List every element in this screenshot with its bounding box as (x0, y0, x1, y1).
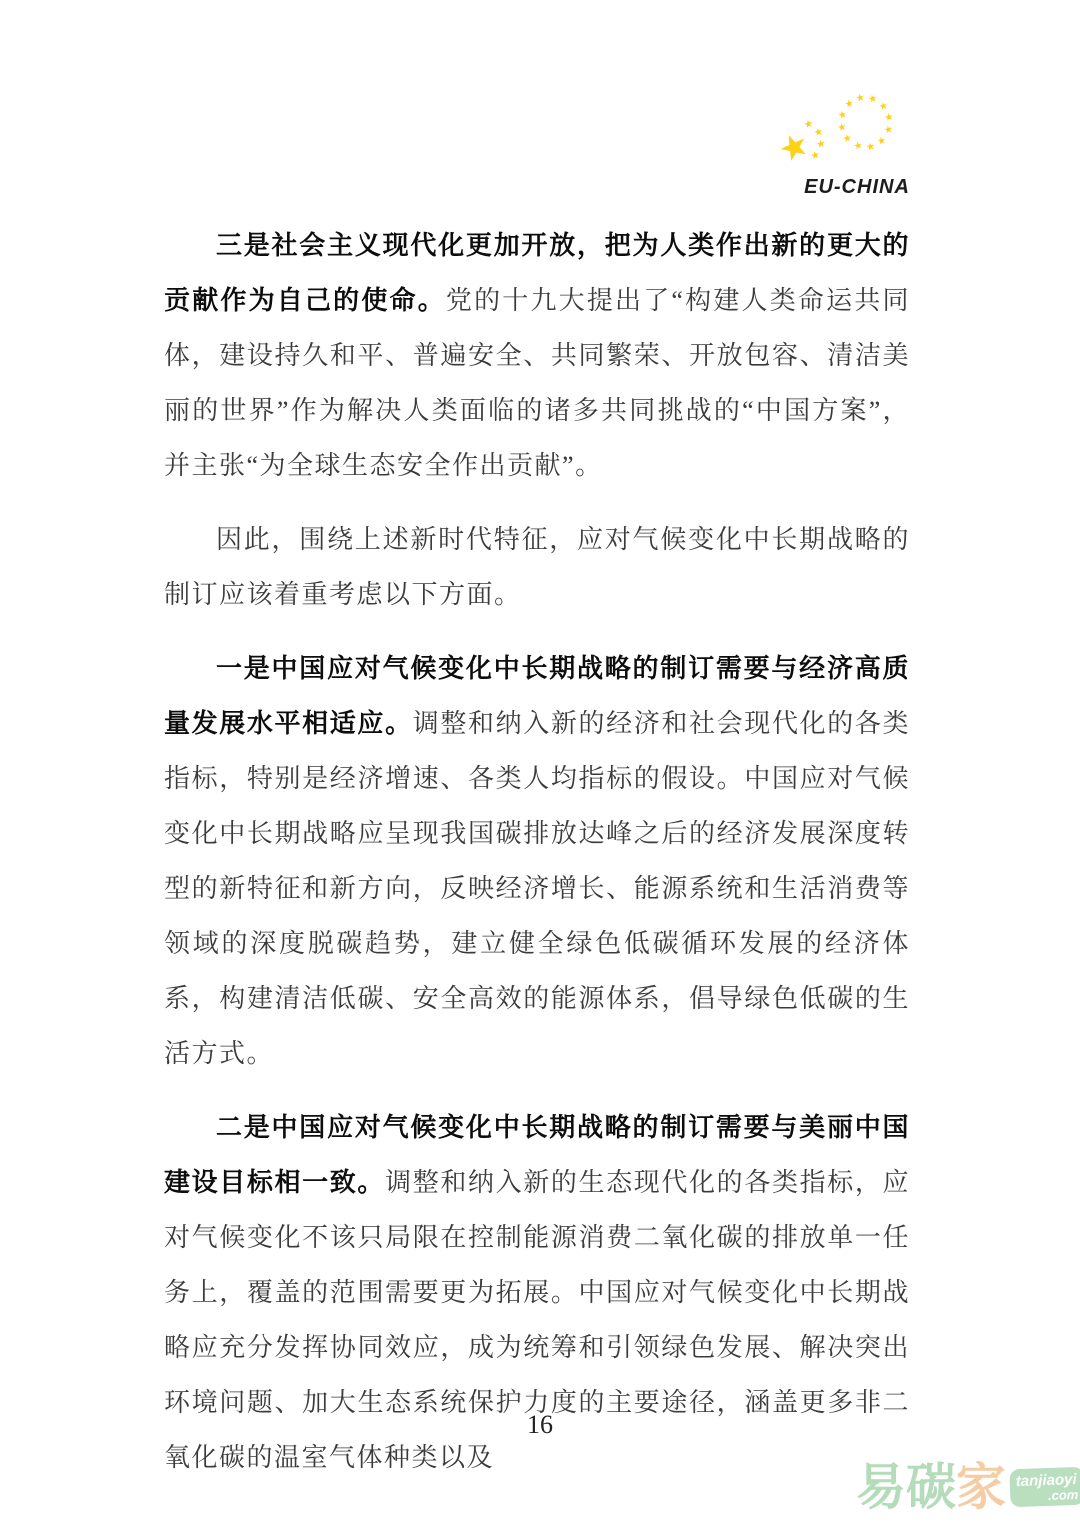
document-body: 三是社会主义现代化更加开放，把为人类作出新的更大的贡献作为自己的使命。党的十九大… (164, 218, 910, 1504)
document-page: EU-CHINA 三是社会主义现代化更加开放，把为人类作出新的更大的贡献作为自己… (0, 0, 1080, 1527)
paragraph: 因此，围绕上述新时代特征，应对气候变化中长期战略的制订应该着重考虑以下方面。 (164, 512, 910, 622)
watermark-char: 碳 (906, 1458, 956, 1516)
watermark: 易 碳 家 tanjiaoyi .com (856, 1458, 1080, 1516)
watermark-badge: tanjiaoyi .com (1009, 1467, 1080, 1508)
paragraph-text: 党的十九大提出了“构建人类命运共同体，建设持久和平、普遍安全、共同繁荣、开放包容… (164, 286, 910, 480)
paragraph: 三是社会主义现代化更加开放，把为人类作出新的更大的贡献作为自己的使命。党的十九大… (164, 218, 910, 493)
watermark-char: 易 (856, 1458, 906, 1516)
logo-wordmark: EU-CHINA (758, 176, 920, 199)
eu-china-flag-icon (758, 76, 918, 180)
paragraph-text: 调整和纳入新的经济和社会现代化的各类指标，特别是经济增速、各类人均指标的假设。中… (164, 709, 910, 1068)
watermark-badge-line2: .com (1016, 1487, 1078, 1503)
page-number: 16 (0, 1410, 1080, 1440)
watermark-char: 家 (956, 1458, 1006, 1516)
paragraph: 一是中国应对气候变化中长期战略的制订需要与经济高质量发展水平相适应。调整和纳入新… (164, 641, 910, 1081)
paragraph-text: 因此，围绕上述新时代特征，应对气候变化中长期战略的制订应该着重考虑以下方面。 (164, 525, 910, 609)
eu-china-logo: EU-CHINA (758, 76, 920, 199)
